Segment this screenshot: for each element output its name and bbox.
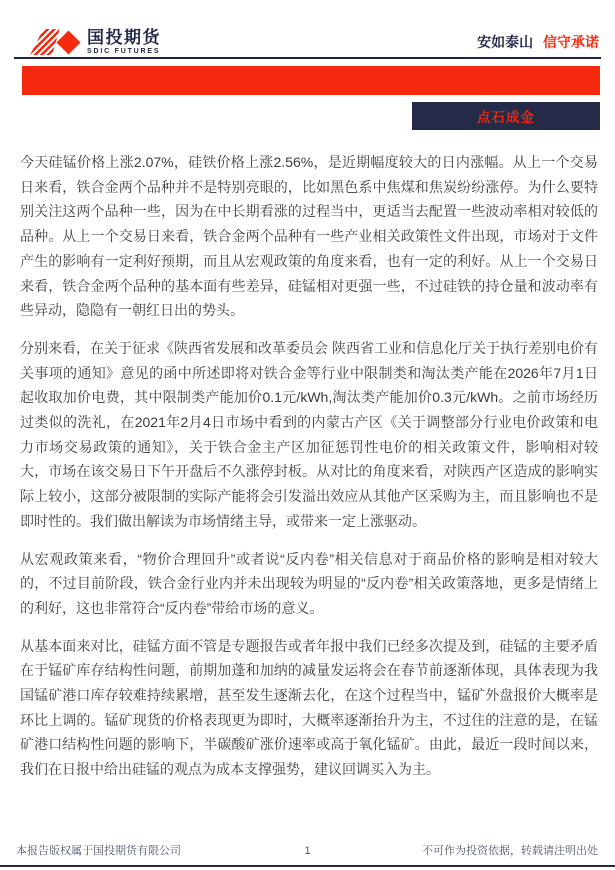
- copyright-text: 本报告版权属于国投期货有限公司: [16, 845, 181, 858]
- badge-row: 点石成金: [0, 102, 600, 130]
- company-logo: 国投期货 SDIC FUTURES: [30, 28, 161, 56]
- logo-diamond-icon: [56, 30, 80, 54]
- body-paragraph: 从基本面来对比，硅锰方面不管是专题报告或者年报中我们已经多次提及到，硅锰的主要矛…: [20, 634, 598, 782]
- company-slogan: 安如泰山 信守承诺: [477, 32, 599, 56]
- body-paragraph: 分别来看，在关于征求《陕西省发展和改革委员会 陕西省工业和信息化厅关于执行差别电…: [20, 336, 598, 534]
- brand-text: 国投期货 SDIC FUTURES: [87, 28, 161, 56]
- brand-subtitle: SDIC FUTURES: [87, 48, 161, 56]
- disclaimer-text: 不可作为投资依据，转载请注明出处: [422, 845, 598, 858]
- brand-name: 国投期货: [87, 28, 161, 47]
- report-footer: 本报告版权属于国投期货有限公司 1 不可作为投资依据，转载请注明出处: [0, 845, 615, 867]
- header-divider: [14, 57, 601, 59]
- body-paragraph: 今天硅锰价格上涨2.07%，硅铁价格上涨2.56%，是近期幅度较大的日内涨幅。从…: [20, 150, 598, 323]
- report-header: 国投期货 SDIC FUTURES 安如泰山 信守承诺: [0, 0, 615, 56]
- title-banner-bar: [22, 66, 600, 95]
- column-badge: 点石成金: [412, 102, 600, 130]
- slogan-part-red: 信守承诺: [543, 34, 599, 50]
- logo-mark: [30, 28, 77, 56]
- report-body: 今天硅锰价格上涨2.07%，硅铁价格上涨2.56%，是近期幅度较大的日内涨幅。从…: [20, 150, 598, 782]
- page-number: 1: [304, 845, 310, 858]
- footer-divider: [0, 865, 615, 867]
- report-page: 国投期货 SDIC FUTURES 安如泰山 信守承诺 点石成金 今天硅锰价格上…: [0, 0, 615, 870]
- body-paragraph: 从宏观政策来看，“物价合理回升”或者说“反内卷”相关信息对于商品价格的影响是相对…: [20, 547, 598, 621]
- slogan-part-navy: 安如泰山: [477, 34, 533, 50]
- footer-row: 本报告版权属于国投期货有限公司 1 不可作为投资依据，转载请注明出处: [0, 845, 615, 858]
